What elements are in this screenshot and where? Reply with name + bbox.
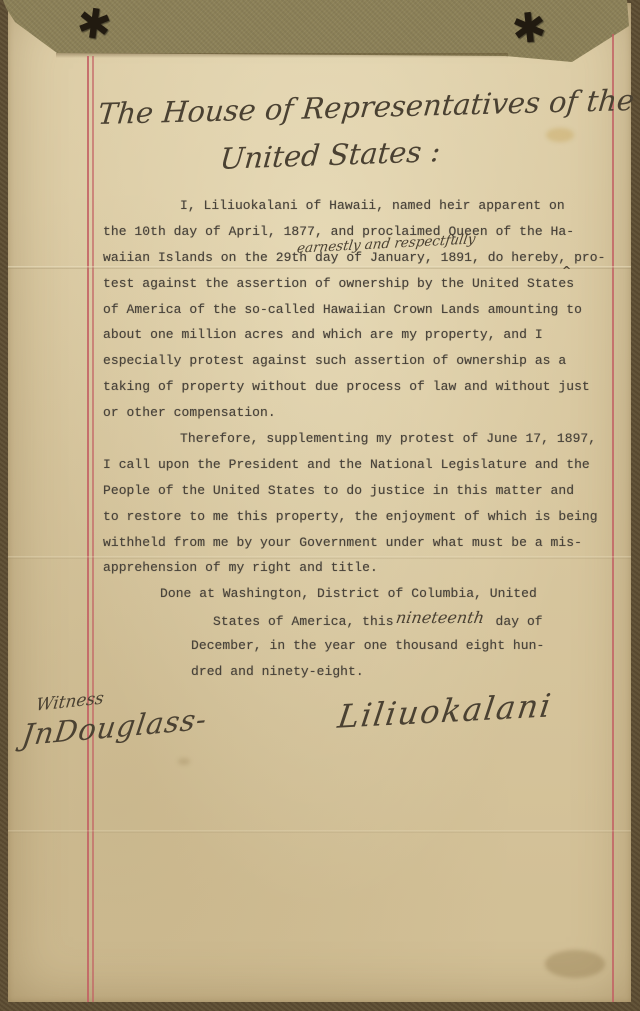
typed-line: December, in the year one thousand eight… [103, 633, 611, 659]
paper-stain [545, 950, 605, 978]
asterisk-fastener-icon: ✱ [74, 2, 114, 47]
typed-line: I call upon the President and the Nation… [103, 452, 611, 478]
right-margin-rule [612, 34, 614, 1002]
backing-fold-shadow [56, 53, 508, 58]
asterisk-fastener-icon: ✱ [510, 6, 548, 50]
paper-stain [546, 128, 574, 142]
typed-line: especially protest against such assertio… [103, 348, 611, 374]
typed-line: People of the United States to do justic… [103, 478, 611, 504]
typed-letter-body: I, Liliuokalani of Hawaii, named heir ap… [103, 193, 611, 685]
typed-line: about one million acres and which are my… [103, 322, 611, 348]
left-margin-rule-outer [87, 56, 89, 1002]
handwritten-day-word: nineteenth [394, 605, 486, 631]
typed-line: Therefore, supplementing my protest of J… [103, 426, 611, 452]
insertion-caret-mark: ^ [562, 264, 571, 277]
typed-line: or other compensation. [103, 400, 611, 426]
fold-crease [8, 830, 631, 833]
document-page: ✱ ✱ The House of Representatives of the … [0, 0, 640, 1011]
typed-line: Done at Washington, District of Columbia… [103, 581, 611, 607]
typed-line: dred and ninety-eight. [103, 659, 611, 685]
typed-segment: States of America, this [213, 614, 394, 629]
paper-stain [178, 758, 190, 765]
typed-line: I, Liliuokalani of Hawaii, named heir ap… [103, 193, 611, 219]
typed-line: States of America, thisnineteenth day of [103, 607, 611, 633]
typed-line: to restore to me this property, the enjo… [103, 504, 611, 530]
typed-line: apprehension of my right and title. [103, 555, 611, 581]
left-margin-rule-inner [92, 56, 94, 1002]
typed-line: of America of the so-called Hawaiian Cro… [103, 297, 611, 323]
typed-line: taking of property without due process o… [103, 374, 611, 400]
typed-line: test against the assertion of ownership … [103, 271, 611, 297]
typed-line: withheld from me by your Government unde… [103, 530, 611, 556]
typed-segment: day of [488, 614, 543, 629]
